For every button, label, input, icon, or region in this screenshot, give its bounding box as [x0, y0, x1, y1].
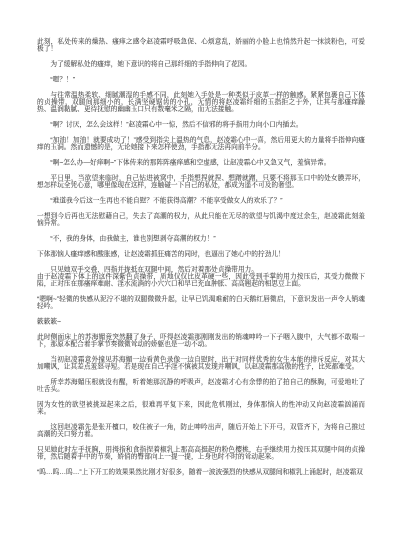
paragraph: “啊？讨厌，怎么会这样！”赵凌霜心中一惊，然后不信邪的将手指用力向小口内插去。	[37, 121, 365, 128]
paragraph: “不，我的身体，由我做主，谁也别想剥夺高潮的权力！”	[37, 235, 365, 242]
paragraph: “难道我今后这一生再也不能自慰？不能获得高潮？不能享受做女人的欢乐了？”	[37, 197, 365, 204]
paragraph: 为了缓解私处的瘙痒，她下意识的将自己那纤细的手指伸向了花园。	[37, 61, 365, 68]
paragraph: 下体那恼人瘙痒感和酸胀感，让赵凌霜抓狂痛苦的同时，也逼出了她心中的拧劲儿！	[37, 251, 365, 258]
document-page: 此刻，私处传来的燥热、瘙痒之感令赵凌霜呼吸急促、心烦意乱，娇丽的小脸上也悄然升起…	[0, 0, 400, 533]
paragraph: 所幸苏海媚压根就没有醒，听着她那沉静的呼吸声，赵凌霜才心有余悸的拍了拍自己的酥胸…	[37, 379, 365, 393]
paragraph: 只见她此时左手抚胸，用拇指和食指捏着椒乳上那高高挺起的粉色樱桃，右手继续用力按压…	[37, 446, 365, 460]
paragraph: 与往常温热柔软、细腻潮湿的手感不同，此刻她入手处是一种类似于皮革一样的触感。紧紧…	[37, 92, 365, 113]
document-body: 此刻，私处传来的燥热、瘙痒之感令赵凌霜呼吸急促、心烦意乱，娇丽的小脸上也悄然升起…	[37, 38, 365, 476]
paragraph: 此刻，私处传来的燥热、瘙痒之感令赵凌霜呼吸急促、心烦意乱，娇丽的小脸上也悄然升起…	[37, 38, 365, 52]
paragraph: 此时侧面床上的苏海媚竟突然翻了身子，吓得赵凌霜那刚刚发出的销魂呻吟一下子咽入腹中…	[37, 334, 365, 348]
paragraph: “啊~怎么办—好痒啊~”下体传来的那阵阵瘙痒感和空虚感，让赵凌霜心中又急又气，羞…	[37, 159, 365, 166]
paragraph: 由于赵凌霜下体上的这件深紫色贞操带，质地仅仅比皮革硬一些，因此受到手掌的用力按压…	[37, 273, 365, 287]
paragraph: “呜…呜…呜…”上下开工的效果果然比刚才好很多，随着一波波强烈的快感从双腿间和椒…	[37, 469, 365, 476]
paragraph: “加油！加油！就要成功了！”感受到指尖上温热的气息，赵凌霜心中一喜，然后用更大的…	[37, 137, 365, 151]
paragraph: 簌簌簌~	[37, 318, 365, 325]
paragraph: “嗯啊~”轻微的快感从泥泞不堪的双腿微微升起，让早已饥渴难耐的白天鹅红唇微启，下…	[37, 296, 365, 310]
paragraph: “嗯？！”	[37, 76, 365, 83]
paragraph: 一想到今后再也无法慰藉自己，失去了高潮的权力，从此只能在无尽的欲望与饥渴中度过余…	[37, 213, 365, 227]
paragraph: 当初赵凌霜意外撞见苏海媚一边看黄色录像一边自慰时，出于对同样优秀的女生本能的排斥…	[37, 356, 365, 370]
paragraph: 平日里，当欲望来临时，自己钻进被窝中，手指想捏就捏、想蹭就蹭，只要不将那玉口中的…	[37, 175, 365, 189]
paragraph: 因为女性的欲望被挑逗起来之后，很难再平复下来，因此危机刚过，身体那恼人的性冲动又…	[37, 401, 365, 415]
paragraph: 这回赵凌霜先是张开檀口，咬住被子一角，防止呻吟出声，随后开始上下开弓，双管齐下，…	[37, 424, 365, 438]
